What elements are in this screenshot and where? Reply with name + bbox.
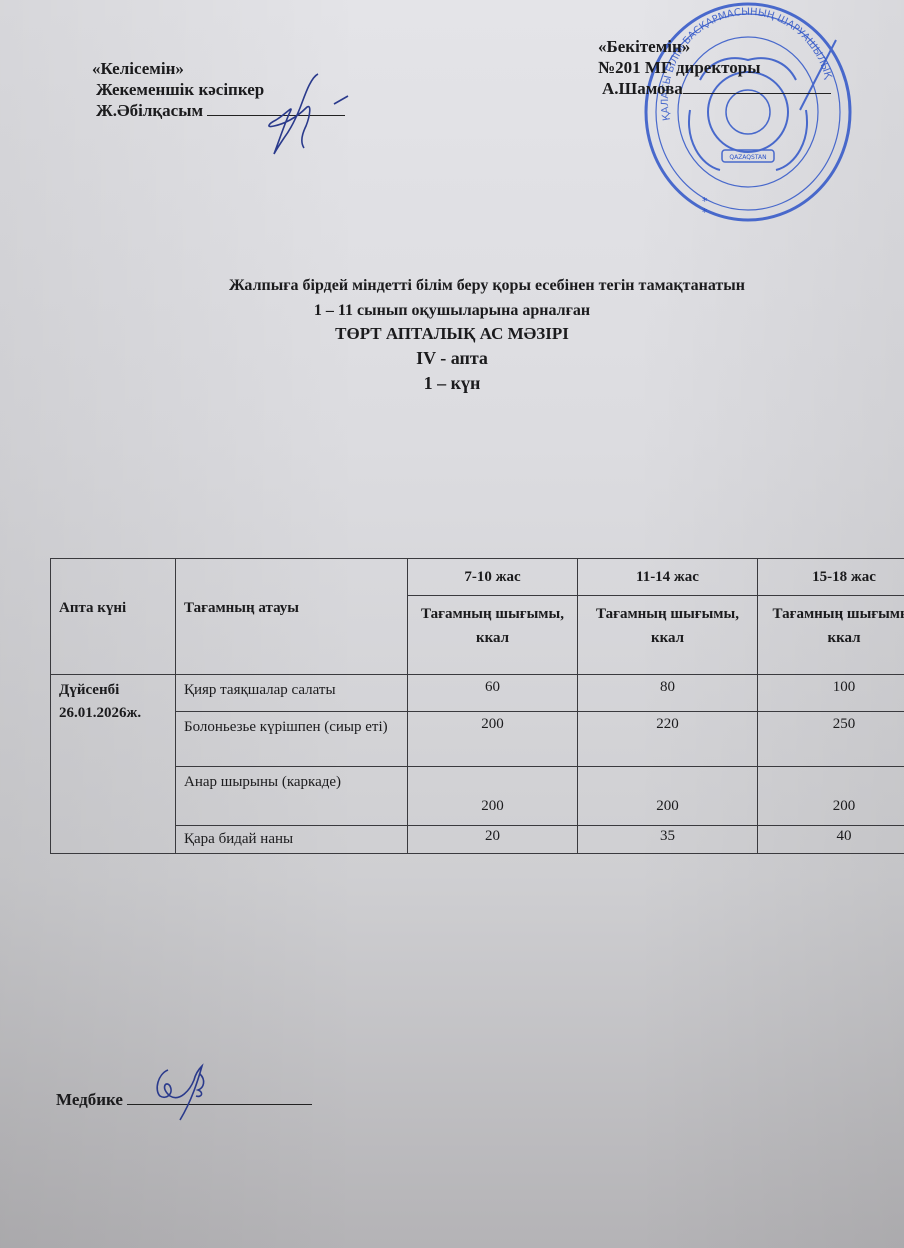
header-dish: Тағамның атауы bbox=[176, 559, 408, 675]
day-cell: Дүйсенбі 26.01.2026ж. bbox=[51, 675, 176, 854]
approval-position: №201 МГ директоры bbox=[598, 57, 831, 78]
document-title: Жалпыға бірдей міндетті білім беру қоры … bbox=[0, 276, 904, 395]
kcal-value: 80 bbox=[578, 675, 758, 712]
kcal-value: 40 bbox=[758, 826, 904, 854]
kcal-value: 60 bbox=[408, 675, 578, 712]
signature-entrepreneur-icon bbox=[240, 68, 370, 158]
header-age-11-14: 11-14 жас bbox=[578, 559, 758, 596]
header-kcal: Тағамның шығымы, ккал bbox=[758, 596, 904, 675]
title-week: IV - апта bbox=[0, 346, 904, 370]
header-kcal: Тағамның шығымы, ккал bbox=[408, 596, 578, 675]
table-row: Болоньезье күрішпен (сиыр еті) 200 220 2… bbox=[51, 712, 904, 767]
dish-name: Болоньезье күрішпен (сиыр еті) bbox=[176, 712, 408, 767]
kcal-value: 200 bbox=[578, 767, 758, 826]
dish-name: Анар шырыны (каркаде) bbox=[176, 767, 408, 826]
menu-table: Апта күні Тағамның атауы 7-10 жас 11-14 … bbox=[50, 558, 904, 854]
header-day: Апта күні bbox=[51, 559, 176, 675]
title-line-2: 1 – 11 сынып оқушыларына арналған bbox=[0, 300, 904, 322]
header-kcal: Тағамның шығымы, ккал bbox=[578, 596, 758, 675]
official-stamp-icon: QAZAQSTAN * * ҚАЛАСЫ БІЛІМ БАСҚАРМАСЫНЫҢ… bbox=[640, 0, 855, 225]
header-age-7-10: 7-10 жас bbox=[408, 559, 578, 596]
kcal-value: 20 bbox=[408, 826, 578, 854]
dish-name: Қияр таяқшалар салаты bbox=[176, 675, 408, 712]
kcal-value: 200 bbox=[408, 767, 578, 826]
title-line-1: Жалпыға бірдей міндетті білім беру қоры … bbox=[70, 276, 904, 296]
signature-nurse-icon bbox=[140, 1060, 230, 1130]
kcal-value: 220 bbox=[578, 712, 758, 767]
kcal-value: 100 bbox=[758, 675, 904, 712]
table-row: Анар шырыны (каркаде) 200 200 200 bbox=[51, 767, 904, 826]
svg-text:*: * bbox=[702, 206, 708, 219]
nurse-label: Медбике bbox=[56, 1090, 123, 1109]
svg-text:QAZAQSTAN: QAZAQSTAN bbox=[729, 154, 766, 161]
kcal-value: 250 bbox=[758, 712, 904, 767]
day-name: Дүйсенбі bbox=[59, 679, 175, 702]
approval-heading: «Бекітемін» bbox=[598, 36, 831, 57]
approval-name: А.Шамова bbox=[602, 79, 683, 98]
table-row: Дүйсенбі 26.01.2026ж. Қияр таяқшалар сал… bbox=[51, 675, 904, 712]
day-date: 26.01.2026ж. bbox=[59, 702, 175, 725]
approval-name: Ж.Әбілқасым bbox=[96, 101, 203, 120]
dish-name: Қара бидай наны bbox=[176, 826, 408, 854]
kcal-value: 35 bbox=[578, 826, 758, 854]
header-age-15-18: 15-18 жас bbox=[758, 559, 904, 596]
title-line-3: ТӨРТ АПТАЛЫҚ АС МӘЗІРІ bbox=[0, 323, 904, 345]
title-day: 1 – күн bbox=[0, 371, 904, 395]
signature-line bbox=[683, 92, 831, 94]
approval-block-approved: «Бекітемін» №201 МГ директоры А.Шамова bbox=[598, 36, 831, 99]
table-row: Қара бидай наны 20 35 40 bbox=[51, 826, 904, 854]
kcal-value: 200 bbox=[758, 767, 904, 826]
kcal-value: 200 bbox=[408, 712, 578, 767]
